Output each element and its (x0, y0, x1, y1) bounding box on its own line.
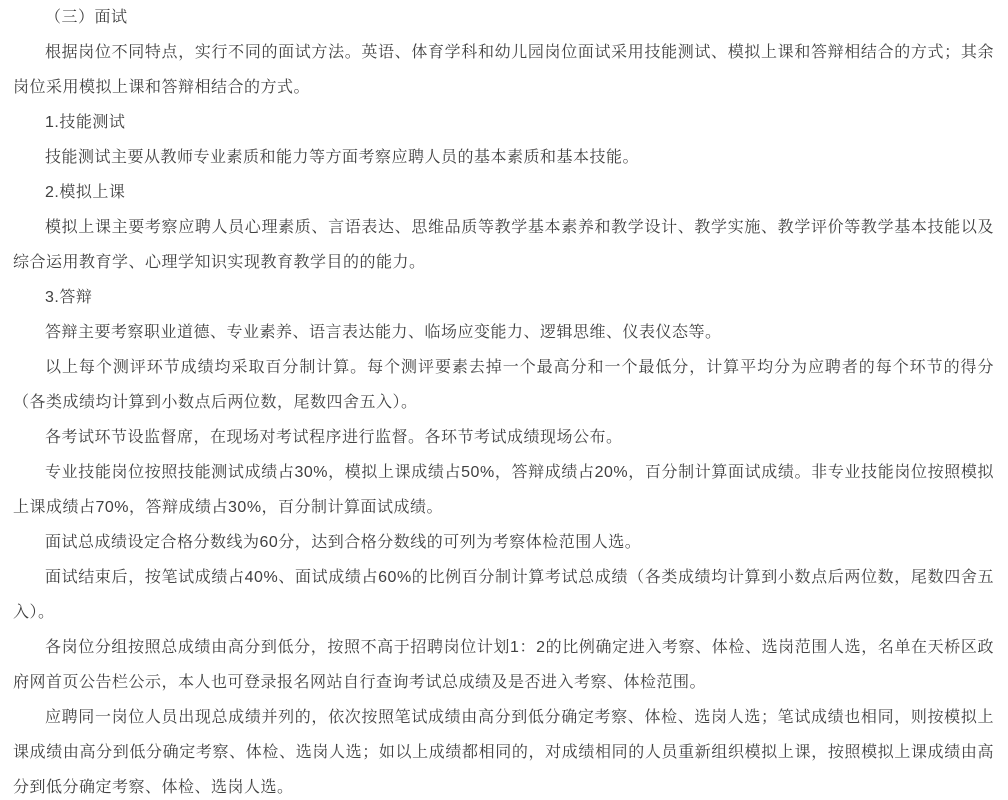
paragraph-supervision: 各考试环节设监督席，在现场对考试程序进行监督。各环节考试成绩现场公布。 (13, 420, 994, 455)
paragraph-interview-methods: 根据岗位不同特点，实行不同的面试方法。英语、体育学科和幼儿园岗位面试采用技能测试… (13, 35, 994, 105)
paragraph-ranking-publicity: 各岗位分组按照总成绩由高分到低分，按照不高于招聘岗位计划1：2的比例确定进入考察… (13, 630, 994, 700)
subheading-skill-test: 1.技能测试 (13, 105, 994, 140)
paragraph-total-score: 面试结束后，按笔试成绩占40%、面试成绩占60%的比例百分制计算考试总成绩（各类… (13, 560, 994, 630)
paragraph-score-weights: 专业技能岗位按照技能测试成绩占30%，模拟上课成绩占50%，答辩成绩占20%，百… (13, 455, 994, 525)
section-heading: （三）面试 (13, 0, 994, 35)
paragraph-mock-lesson: 模拟上课主要考察应聘人员心理素质、言语表达、思维品质等教学基本素养和教学设计、教… (13, 210, 994, 280)
paragraph-tie-breaking: 应聘同一岗位人员出现总成绩并列的，依次按照笔试成绩由高分到低分确定考察、体检、选… (13, 700, 994, 800)
paragraph-scoring-method: 以上每个测评环节成绩均采取百分制计算。每个测评要素去掉一个最高分和一个最低分，计… (13, 350, 994, 420)
paragraph-skill-test: 技能测试主要从教师专业素质和能力等方面考察应聘人员的基本素质和基本技能。 (13, 140, 994, 175)
document-body: （三）面试 根据岗位不同特点，实行不同的面试方法。英语、体育学科和幼儿园岗位面试… (0, 0, 1008, 800)
paragraph-defense: 答辩主要考察职业道德、专业素养、语言表达能力、临场应变能力、逻辑思维、仪表仪态等… (13, 315, 994, 350)
paragraph-passing-line: 面试总成绩设定合格分数线为60分，达到合格分数线的可列为考察体检范围人选。 (13, 525, 994, 560)
subheading-mock-lesson: 2.模拟上课 (13, 175, 994, 210)
subheading-defense: 3.答辩 (13, 280, 994, 315)
